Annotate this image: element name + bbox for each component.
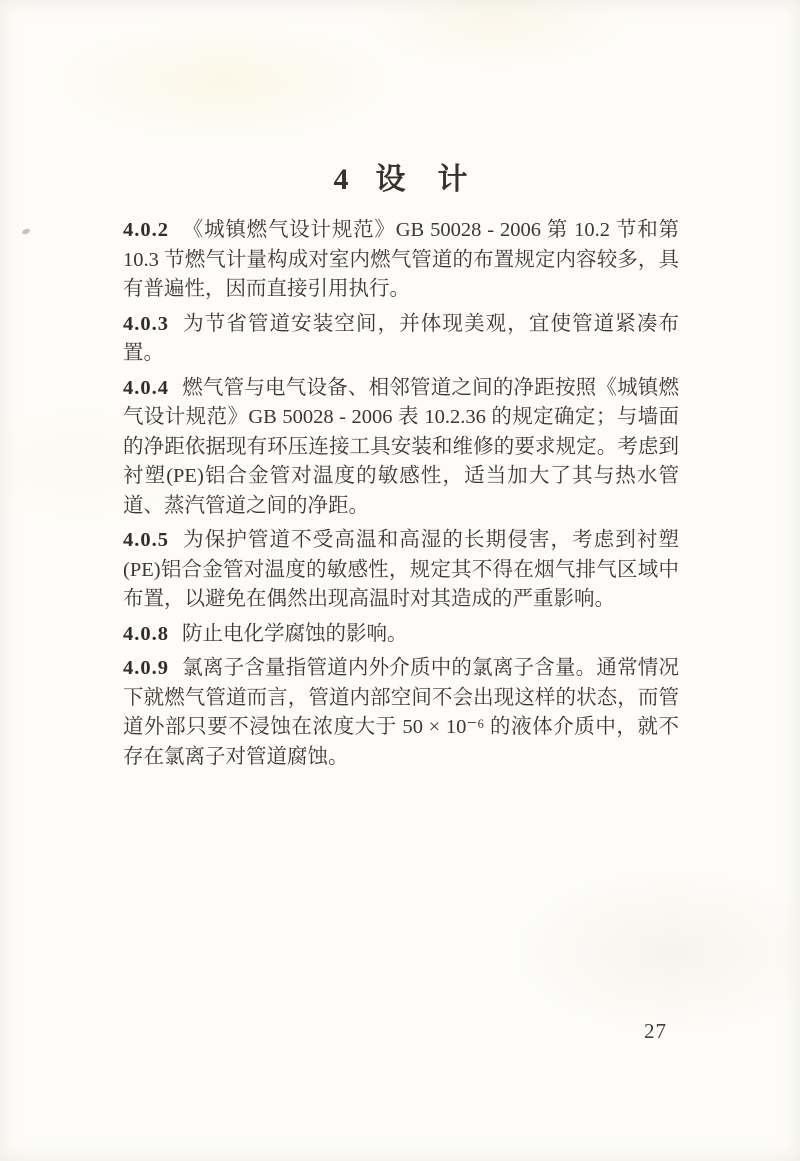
- chapter-title: 4设 计: [123, 154, 679, 198]
- clause-text: 防止电化学腐蚀的影响。: [182, 623, 408, 645]
- chapter-title-text: 设 计: [376, 163, 469, 196]
- clause-number: 4.0.3: [123, 313, 169, 335]
- clause-number: 4.0.9: [123, 657, 169, 679]
- clause-number: 4.0.2: [123, 219, 169, 241]
- clause-text: 燃气管与电气设备、相邻管道之间的净距按照《城镇燃气设计规范》GB 50028 -…: [123, 377, 679, 517]
- clause-number: 4.0.5: [123, 529, 169, 551]
- clause-text: 为节省管道安装空间，并体现美观，宜使管道紧凑布置。: [123, 313, 679, 365]
- clause-paragraph: 4.0.2《城镇燃气设计规范》GB 50028 - 2006 第 10.2 节和…: [123, 216, 679, 305]
- clause-paragraph: 4.0.9氯离子含量指管道内外介质中的氯离子含量。通常情况下就燃气管道而言，管道…: [123, 654, 679, 772]
- document-page: 4设 计 4.0.2《城镇燃气设计规范》GB 50028 - 2006 第 10…: [0, 0, 800, 1161]
- clause-paragraph: 4.0.5为保护管道不受高温和高湿的长期侵害，考虑到衬塑(PE)铝合金管对温度的…: [123, 526, 679, 615]
- clause-list: 4.0.2《城镇燃气设计规范》GB 50028 - 2006 第 10.2 节和…: [123, 216, 679, 777]
- clause-paragraph: 4.0.4燃气管与电气设备、相邻管道之间的净距按照《城镇燃气设计规范》GB 50…: [123, 374, 679, 522]
- chapter-number: 4: [334, 163, 350, 196]
- clause-paragraph: 4.0.8防止电化学腐蚀的影响。: [123, 620, 679, 650]
- clause-paragraph: 4.0.3为节省管道安装空间，并体现美观，宜使管道紧凑布置。: [123, 310, 679, 369]
- clause-number: 4.0.8: [123, 623, 169, 645]
- clause-text: 《城镇燃气设计规范》GB 50028 - 2006 第 10.2 节和第 10.…: [123, 219, 679, 300]
- page-number: 27: [644, 1019, 667, 1044]
- clause-text: 氯离子含量指管道内外介质中的氯离子含量。通常情况下就燃气管道而言，管道内部空间不…: [123, 657, 679, 768]
- scan-speck: [21, 228, 30, 235]
- clause-number: 4.0.4: [123, 377, 169, 399]
- clause-text: 为保护管道不受高温和高湿的长期侵害，考虑到衬塑(PE)铝合金管对温度的敏感性，规…: [123, 529, 679, 610]
